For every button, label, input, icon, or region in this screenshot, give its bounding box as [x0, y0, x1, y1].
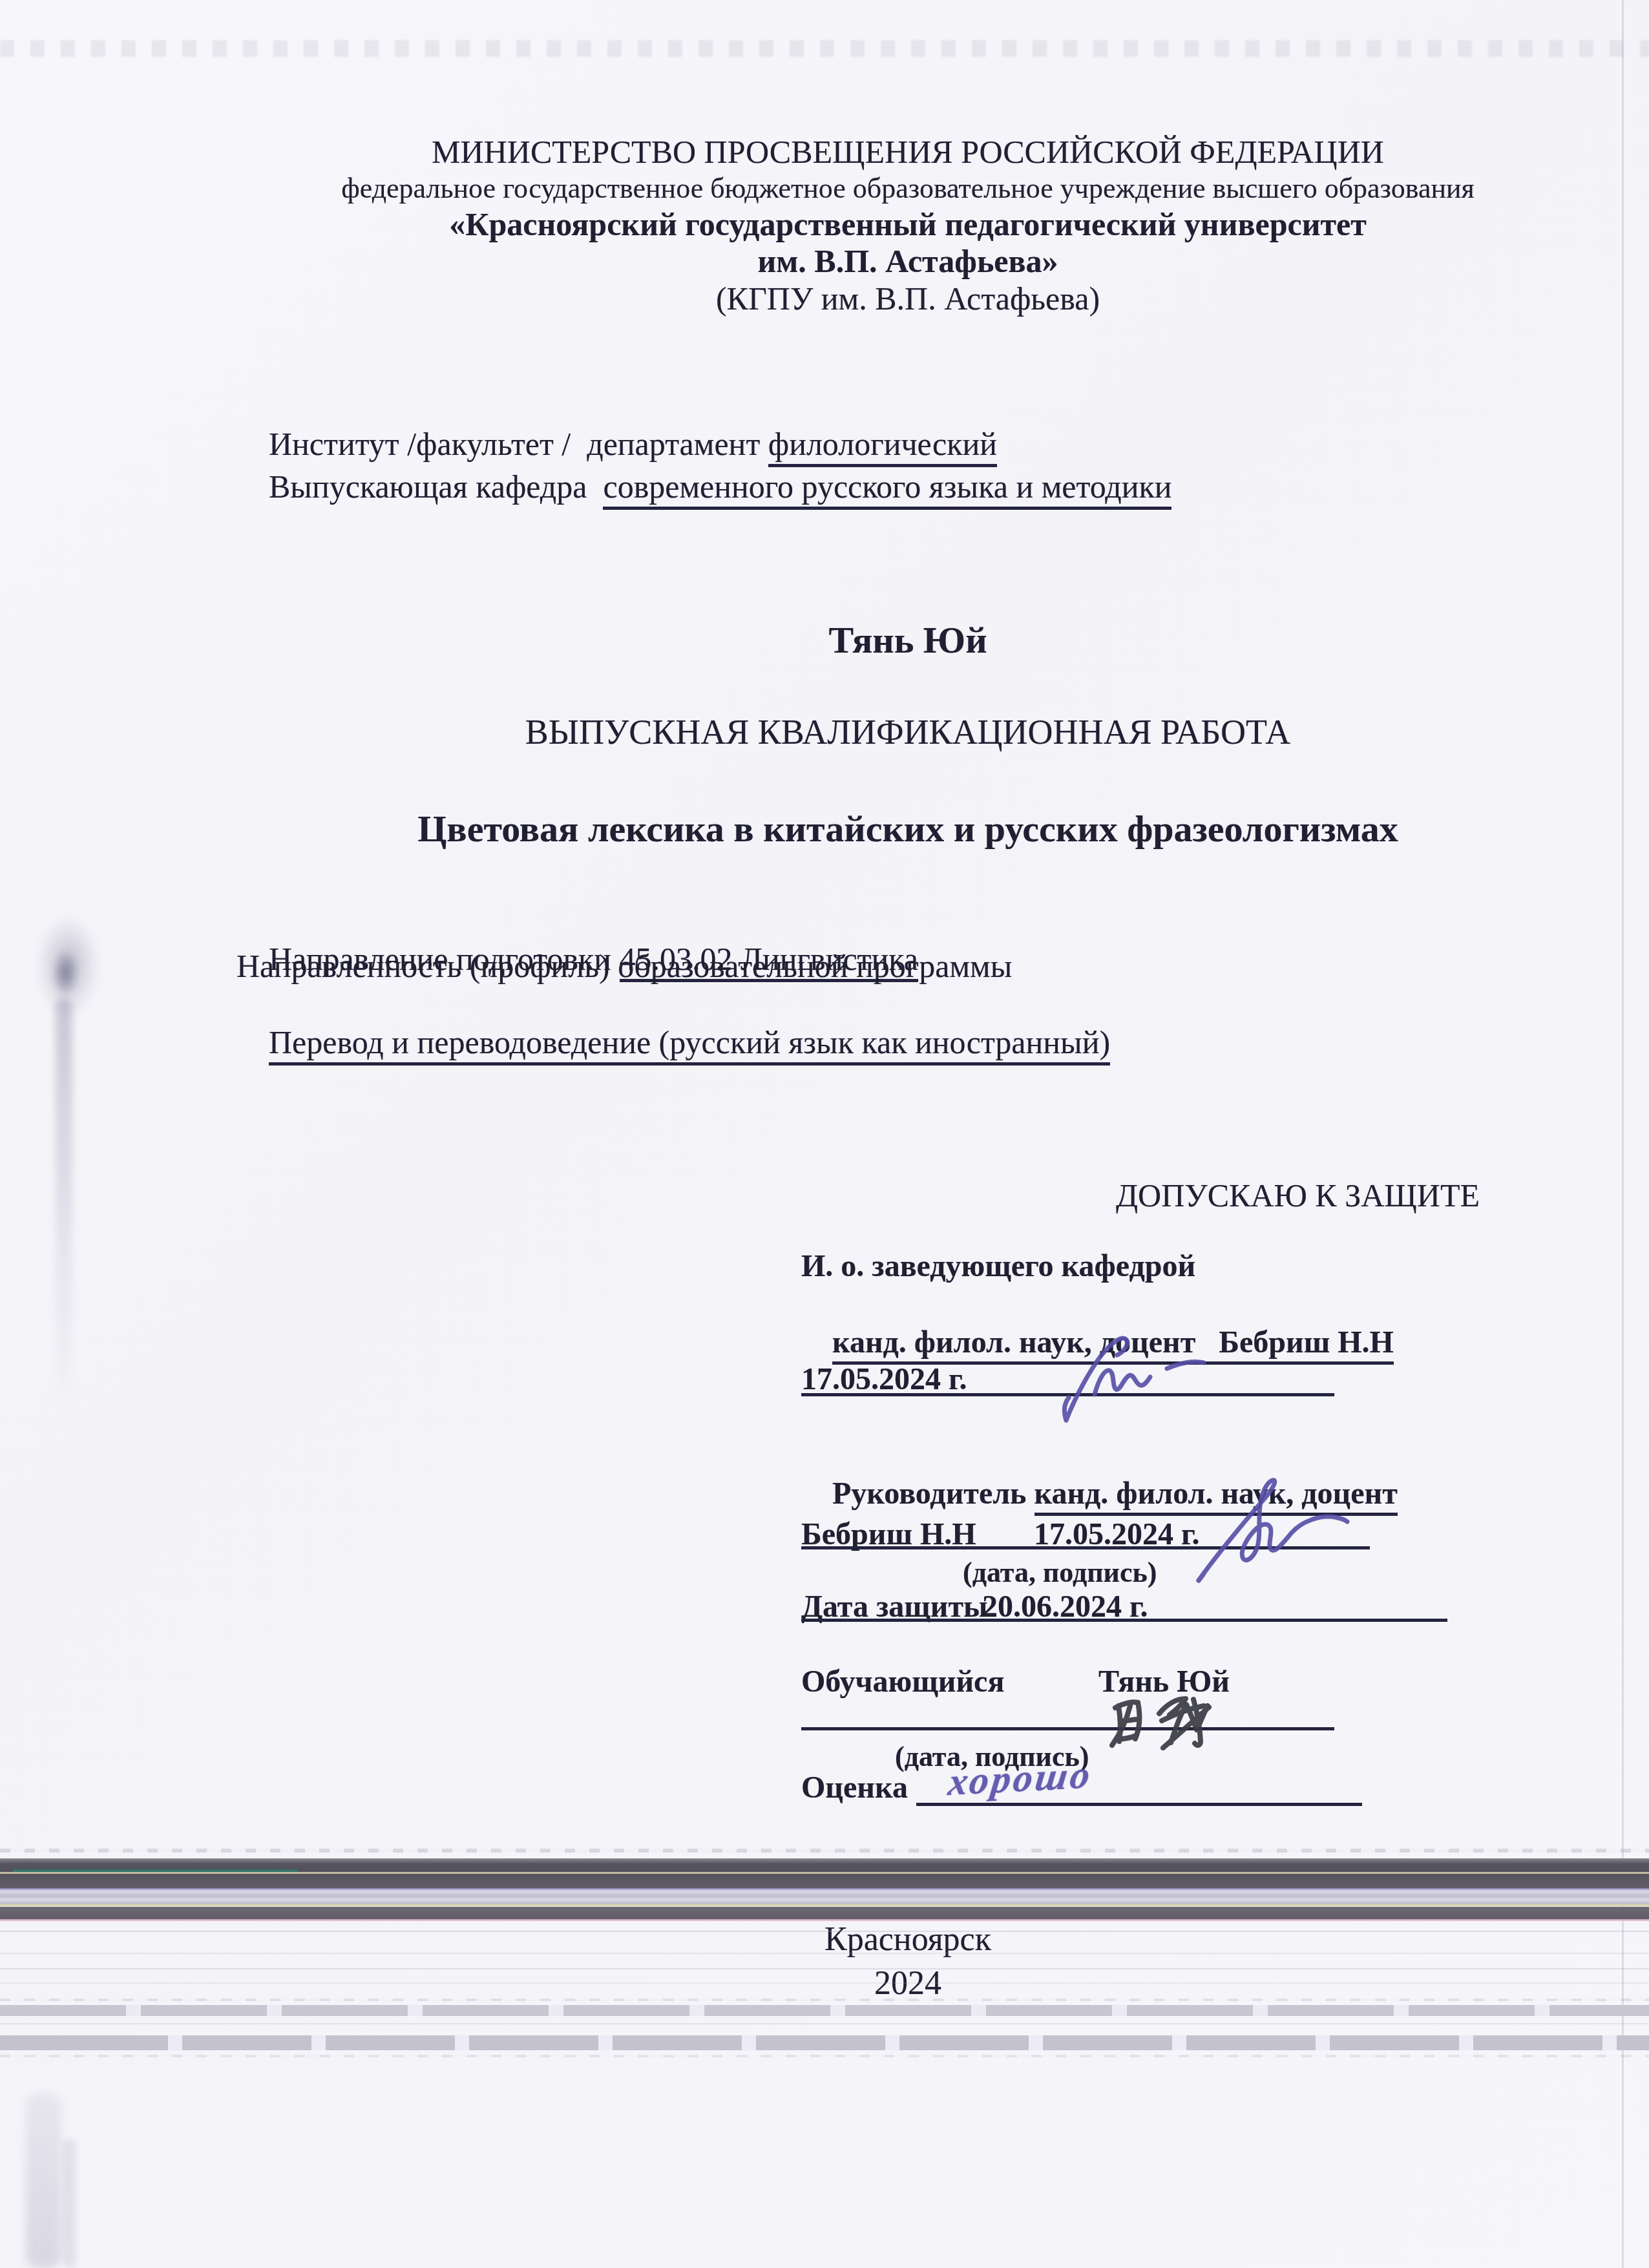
- supervisor-label: Руководитель: [832, 1476, 1035, 1511]
- head-degree: канд. филол. наук, доцент Бебриш Н.Н: [832, 1325, 1394, 1365]
- scan-smudge-streak: [56, 998, 72, 1412]
- scan-speckle-line-2: [0, 1999, 1649, 2001]
- scan-cream-line-2: [0, 1904, 1649, 1906]
- university-abbrev-line: (КГПУ им. В.П. Астафьева): [239, 281, 1577, 316]
- scan-gray-band-1: [0, 2005, 1649, 2016]
- university-name-line: «Красноярский государственный педагогиче…: [239, 207, 1577, 242]
- scan-streak-4: [0, 1982, 1649, 1984]
- admit-to-defense: ДОПУСКАЮ К ЗАЩИТЕ: [1002, 1178, 1480, 1213]
- department-line: Выпускающая кафедра современного русског…: [236, 434, 1171, 539]
- scan-streak-3: [0, 1968, 1649, 1969]
- university-name-line2: им. В.П. Астафьева»: [239, 244, 1577, 278]
- supervisor-degree: канд. филол. наук, доцент: [1035, 1476, 1398, 1516]
- head-signature-line: [801, 1393, 1334, 1396]
- scan-speckle-line-1: [0, 1849, 1649, 1853]
- institution-type-line: федеральное государственное бюджетное об…: [239, 173, 1577, 204]
- head-date: 17.05.2024 г.: [801, 1363, 967, 1396]
- scan-streak-2: [0, 1953, 1649, 1954]
- profile-label-line: Направленность (профиль) образовательной…: [236, 949, 1012, 983]
- scan-streak-1: [0, 1931, 1649, 1932]
- ministry-line: МИНИСТЕРСТВО ПРОСВЕЩЕНИЯ РОССИЙСКОЙ ФЕДЕ…: [239, 134, 1577, 169]
- defense-date-line: [801, 1619, 1447, 1622]
- profile-value: Перевод и переводоведение (русский язык …: [269, 1024, 1110, 1066]
- scan-gray-band-2: [0, 2035, 1649, 2050]
- scan-pink-edge: [0, 1919, 1649, 1921]
- grade-label: Оценка: [801, 1771, 908, 1805]
- scan-speckle-line-3: [0, 2055, 1649, 2057]
- scanned-title-page: МИНИСТЕРСТВО ПРОСВЕЩЕНИЯ РОССИЙСКОЙ ФЕДЕ…: [0, 0, 1649, 2268]
- department-value: современного русского языка и методики: [603, 468, 1171, 510]
- scan-streak-bottom-left-2: [63, 2139, 76, 2268]
- student-signature-line: [801, 1727, 1334, 1730]
- grade-line: [916, 1803, 1362, 1806]
- author-name: Тянь Юй: [239, 620, 1577, 661]
- head-role: И. о. заведующего кафедрой: [801, 1250, 1195, 1283]
- department-label: Выпускающая кафедра: [269, 468, 603, 505]
- student-signature-ink: [1112, 1699, 1209, 1748]
- scan-edge-line: [1622, 0, 1624, 2268]
- supervisor-signature-line: [801, 1546, 1370, 1549]
- grade-handwritten-value: хорошо: [946, 1752, 1095, 1805]
- student-name: Тянь Юй: [1098, 1665, 1230, 1699]
- student-label: Обучающийся: [801, 1665, 1004, 1699]
- scan-smudge-core: [52, 950, 79, 998]
- scan-streak-5: [0, 2023, 1649, 2024]
- scan-streak-bottom-left: [26, 2094, 61, 2268]
- footer-year: 2024: [239, 1966, 1577, 2002]
- work-title: Цветовая лексика в китайских и русских ф…: [239, 809, 1577, 850]
- profile-value-line: Перевод и переводоведение (русский язык …: [236, 990, 1110, 1095]
- work-type: ВЫПУСКНАЯ КВАЛИФИКАЦИОННАЯ РАБОТА: [239, 713, 1577, 751]
- date-signature-note-1: (дата, подпись): [963, 1557, 1157, 1588]
- scan-dark-band-2: [0, 1907, 1649, 1920]
- scan-noise-band-top: [0, 40, 1649, 57]
- scan-dark-band-1b: [0, 1874, 1649, 1889]
